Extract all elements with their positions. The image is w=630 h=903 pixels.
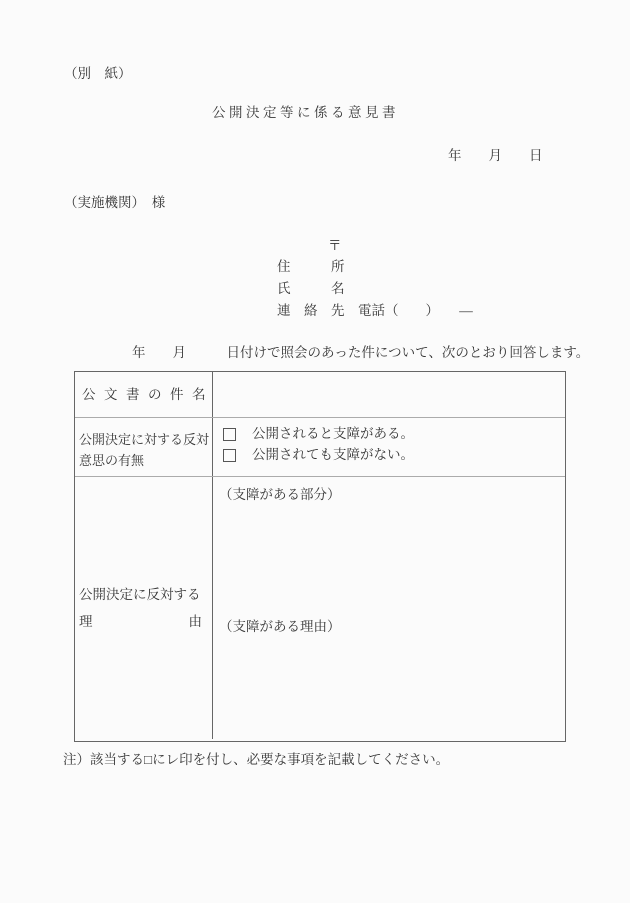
- reason-char-right: 由: [189, 608, 203, 635]
- option-no-harm: 公開されても支障がない。: [223, 448, 565, 462]
- document-title-input-area[interactable]: [213, 372, 565, 417]
- harm-part-heading: （支障がある部分）: [219, 488, 341, 502]
- reason-char-left: 理: [79, 608, 93, 635]
- postal-mark: 〒: [328, 239, 342, 253]
- recipient-line: （実施機関） 様: [64, 196, 165, 210]
- objection-choice-label-line2: 意思の有無: [79, 450, 209, 471]
- objection-reason-input-area[interactable]: （支障がある部分） （支障がある理由）: [213, 477, 565, 739]
- address-label: 住 所: [277, 260, 345, 274]
- opinion-form-table: 公文書の件名 公開決定に対する反対 意思の有無 公開されると支障がある。 公開さ…: [74, 371, 566, 742]
- opinion-form-page: （別 紙） 公開決定等に係る意見書 年 月 日 （実施機関） 様 〒 住 所 氏…: [0, 0, 630, 903]
- intro-sentence: 年 月 日付けで照会のあった件について、次のとおり回答します。: [132, 346, 589, 360]
- objection-reason-label-line1: 公開決定に反対する: [79, 581, 202, 608]
- objection-choice-options-cell: 公開されると支障がある。 公開されても支障がない。: [213, 418, 565, 476]
- option-harm-exists: 公開されると支障がある。: [223, 427, 565, 441]
- table-row-objection-choice: 公開決定に対する反対 意思の有無 公開されると支障がある。 公開されても支障がな…: [75, 417, 565, 476]
- table-row-objection-reason: 公開決定に反対する 理 由 （支障がある部分） （支障がある理由）: [75, 476, 565, 739]
- checkbox-harm-exists[interactable]: [223, 428, 236, 441]
- option-harm-exists-label: 公開されると支障がある。: [252, 427, 414, 441]
- option-no-harm-label: 公開されても支障がない。: [252, 448, 414, 462]
- document-title-label: 公文書の件名: [82, 388, 214, 402]
- page-title: 公開決定等に係る意見書: [212, 106, 399, 120]
- footnote: 注）該当する□にレ印を付し、必要な事項を記載してください。: [63, 753, 449, 767]
- objection-reason-label-cell: 公開決定に反対する 理 由: [75, 477, 213, 739]
- objection-reason-label-line2: 理 由: [79, 608, 202, 635]
- document-title-label-cell: 公文書の件名: [75, 372, 213, 417]
- name-label: 氏 名: [277, 282, 345, 296]
- contact-phone-label: 連 絡 先 電話（ ） ―: [277, 304, 473, 318]
- table-row-document-title: 公文書の件名: [75, 372, 565, 417]
- objection-choice-label-line1: 公開決定に対する反対: [79, 429, 209, 450]
- harm-reason-heading: （支障がある理由）: [219, 620, 341, 634]
- date-fill-in-line: 年 月 日: [448, 149, 543, 163]
- attachment-label: （別 紙）: [64, 67, 132, 81]
- checkbox-no-harm[interactable]: [223, 449, 236, 462]
- objection-choice-label-cell: 公開決定に対する反対 意思の有無: [75, 418, 213, 476]
